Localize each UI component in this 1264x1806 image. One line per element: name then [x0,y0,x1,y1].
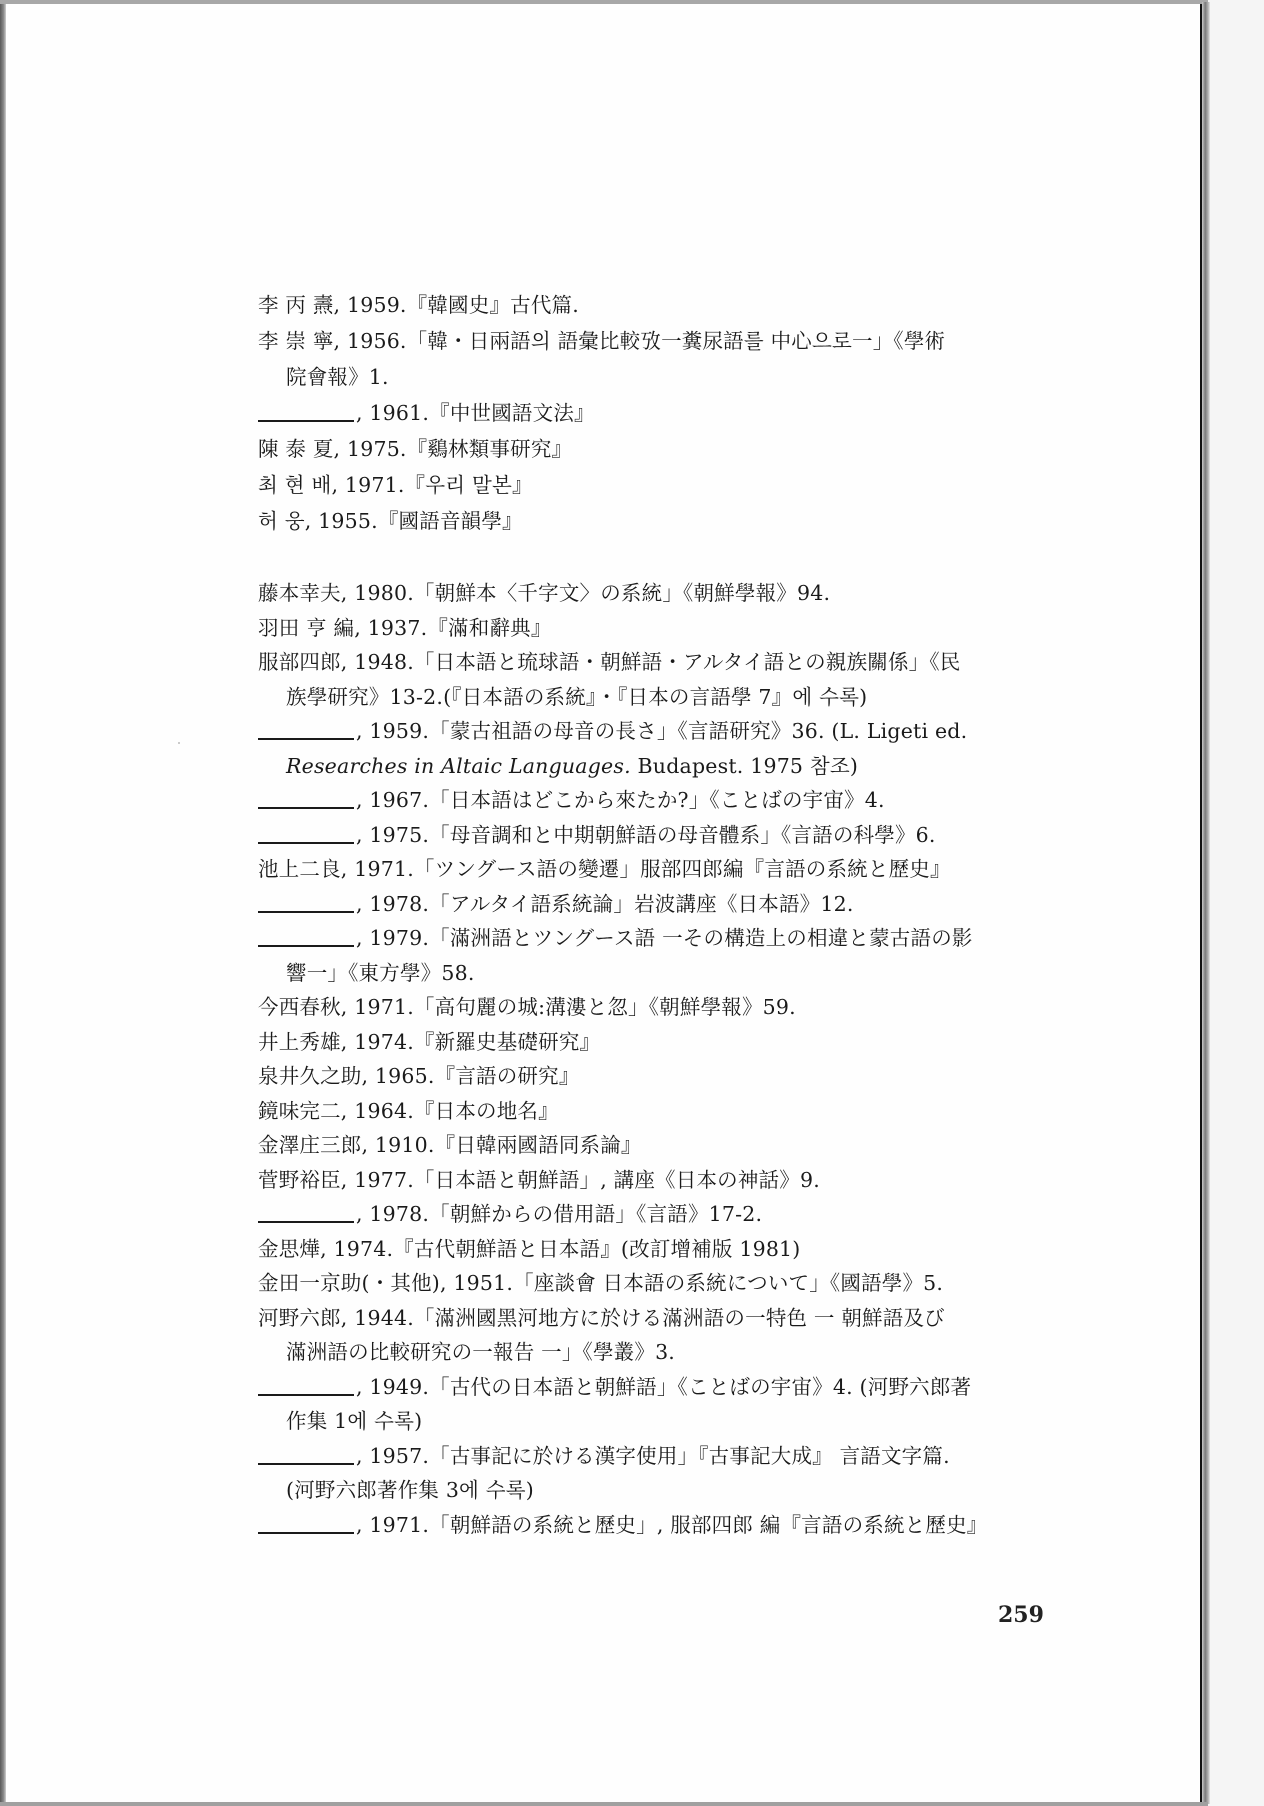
entry-text: , 1959.「蒙古祖語の母音の長さ」《言語研究》36. (L. Ligeti … [356,719,967,743]
bibliography-entry-continuation: 響一」《東方學》58. [286,959,475,987]
bibliography-entry: 藤本幸夫, 1980.「朝鮮本〈千字文〉の系統」《朝鮮學報》94. [258,579,830,607]
bibliography-entry: 허 웅, 1955.『國語音韻學』 [258,507,523,535]
entry-text: , 1967.「日本語はどこから來たか?」《ことばの宇宙》4. [356,788,885,812]
entry-text: 院會報》1. [286,365,389,389]
bibliography-entry: , 1949.「古代の日本語と朝鮮語」《ことばの宇宙》4. (河野六郎著 [258,1373,971,1401]
bibliography-entry: , 1957.「古事記に於ける漢字使用」『古事記大成』 言語文字篇. [258,1442,950,1470]
entry-text: Budapest. 1975 참조) [631,754,858,778]
bibliography-entry: 羽田 亨 編, 1937.『滿和辭典』 [258,614,552,642]
entry-text: 服部四郎, 1948.「日本語と琉球語・朝鮮語・アルタイ語との親族關係」《民 [258,650,961,674]
entry-text: 金田一京助(・其他), 1951.「座談會 日本語の系統について」《國語學》5. [258,1271,943,1295]
entry-text: 今西春秋, 1971.「高句麗の城:溝漊と忽」《朝鮮學報》59. [258,995,796,1019]
italic-title: Researches in Altaic Languages. [286,754,631,778]
bibliography-entry-continuation: Researches in Altaic Languages. Budapest… [286,752,858,780]
bibliography-entry: 鏡味完二, 1964.『日本の地名』 [258,1097,559,1125]
bibliography-entry: 李 丙 燾, 1959.『韓國史』古代篇. [258,291,579,319]
repeated-author-dash [258,420,354,422]
page-number: 259 [998,1602,1044,1628]
scan-speck [178,742,180,744]
bibliography-entry: , 1967.「日本語はどこから來たか?」《ことばの宇宙》4. [258,786,885,814]
bibliography-entry: 池上二良, 1971.「ツングース語の變遷」服部四郎編『言語の系統と歷史』 [258,855,951,883]
entry-text: , 1971.「朝鮮語の系統と歷史」, 服部四郎 編『言語の系統と歷史』 [356,1513,987,1537]
bibliography-entry: 泉井久之助, 1965.『言語の研究』 [258,1062,580,1090]
bibliography-entry: , 1961.『中世國語文法』 [258,399,595,427]
entry-text: 羽田 亨 編, 1937.『滿和辭典』 [258,616,552,640]
repeated-author-dash [258,911,354,913]
bibliography-entry: 菅野裕臣, 1977.「日本語と朝鮮語」, 講座《日本の神話》9. [258,1166,820,1194]
bibliography-entry: 今西春秋, 1971.「高句麗の城:溝漊と忽」《朝鮮學報》59. [258,993,796,1021]
entry-text: 金澤庄三郎, 1910.『日韓兩國語同系論』 [258,1133,642,1157]
entry-text: , 1957.「古事記に於ける漢字使用」『古事記大成』 言語文字篇. [356,1444,950,1468]
entry-text: 作集 1에 수록) [286,1409,422,1433]
entry-text: , 1978.「朝鮮からの借用語」《言語》17-2. [356,1202,762,1226]
entry-text: 井上秀雄, 1974.『新羅史基礎研究』 [258,1030,600,1054]
bibliography-entry-continuation: 族學研究》13-2.(『日本語の系統』・『日本の言語學 7』에 수록) [286,683,867,711]
repeated-author-dash [258,945,354,947]
bibliography-entry: , 1971.「朝鮮語の系統と歷史」, 服部四郎 編『言語の系統と歷史』 [258,1511,987,1539]
bibliography-entry: 陳 泰 夏, 1975.『鷄林類事研究』 [258,435,572,463]
entry-text: 최 현 배, 1971.『우리 말본』 [258,473,533,497]
bibliography-entry: 金田一京助(・其他), 1951.「座談會 日本語の系統について」《國語學》5. [258,1269,943,1297]
repeated-author-dash [258,1221,354,1223]
bibliography-entry-continuation: 滿洲語の比較研究の一報告 一」《學叢》3. [286,1338,675,1366]
entry-text: , 1949.「古代の日本語と朝鮮語」《ことばの宇宙》4. (河野六郎著 [356,1375,971,1399]
repeated-author-dash [258,1394,354,1396]
repeated-author-dash [258,842,354,844]
bibliography-entry: 河野六郎, 1944.「滿洲國黑河地方に於ける滿洲語の一特色 一 朝鮮語及び [258,1304,945,1332]
entry-text: 陳 泰 夏, 1975.『鷄林類事研究』 [258,437,572,461]
bibliography-entry: , 1978.「アルタイ語系統論」岩波講座《日本語》12. [258,890,854,918]
entry-text: 菅野裕臣, 1977.「日本語と朝鮮語」, 講座《日本の神話》9. [258,1168,820,1192]
bibliography-entry: 金澤庄三郎, 1910.『日韓兩國語同系論』 [258,1131,642,1159]
entry-text: 響一」《東方學》58. [286,961,475,985]
entry-text: 李 崇 寧, 1956.「韓・日兩語의 語彙比較攷一糞尿語를 中心으로一」《學術 [258,329,945,353]
bibliography-entry-continuation: 作集 1에 수록) [286,1407,422,1435]
entry-text: 滿洲語の比較研究の一報告 一」《學叢》3. [286,1340,675,1364]
entry-text: (河野六郎著作集 3에 수록) [286,1478,534,1502]
page-shadow [1202,2,1210,1804]
repeated-author-dash [258,1532,354,1534]
scan-speck [521,873,523,875]
bibliography-entry: , 1979.「滿洲語とツングース語 一その構造上の相違と蒙古語の影 [258,924,973,952]
entry-text: 李 丙 燾, 1959.『韓國史』古代篇. [258,293,579,317]
entry-text: 金思燁, 1974.『古代朝鮮語と日本語』(改訂增補版 1981) [258,1237,801,1261]
bibliography-entry-continuation: (河野六郎著作集 3에 수록) [286,1476,534,1504]
bibliography-entry: 최 현 배, 1971.『우리 말본』 [258,471,533,499]
bibliography-entry: 李 崇 寧, 1956.「韓・日兩語의 語彙比較攷一糞尿語를 中心으로一」《學術 [258,327,945,355]
repeated-author-dash [258,807,354,809]
entry-text: , 1979.「滿洲語とツングース語 一その構造上の相違と蒙古語の影 [356,926,973,950]
entry-text: , 1975.「母音調和と中期朝鮮語の母音體系」《言語の科學》6. [356,823,936,847]
bibliography-entry: 井上秀雄, 1974.『新羅史基礎研究』 [258,1028,600,1056]
bibliography-entry: , 1978.「朝鮮からの借用語」《言語》17-2. [258,1200,762,1228]
repeated-author-dash [258,1463,354,1465]
entry-text: 族學研究》13-2.(『日本語の系統』・『日本の言語學 7』에 수록) [286,685,867,709]
entry-text: , 1978.「アルタイ語系統論」岩波講座《日本語》12. [356,892,854,916]
bibliography-entry: , 1975.「母音調和と中期朝鮮語の母音體系」《言語の科學》6. [258,821,936,849]
repeated-author-dash [258,738,354,740]
entry-text: 泉井久之助, 1965.『言語の研究』 [258,1064,580,1088]
document-page: 李 丙 燾, 1959.『韓國史』古代篇.李 崇 寧, 1956.「韓・日兩語의… [6,4,1200,1802]
entry-text: 허 웅, 1955.『國語音韻學』 [258,509,523,533]
bibliography-entry: , 1959.「蒙古祖語の母音の長さ」《言語研究》36. (L. Ligeti … [258,717,967,745]
bibliography-entry: 服部四郎, 1948.「日本語と琉球語・朝鮮語・アルタイ語との親族關係」《民 [258,648,961,676]
viewer-frame-bottom [0,1802,1208,1806]
bibliography-entry: 金思燁, 1974.『古代朝鮮語と日本語』(改訂增補版 1981) [258,1235,801,1263]
entry-text: , 1961.『中世國語文法』 [356,401,595,425]
entry-text: 鏡味完二, 1964.『日本の地名』 [258,1099,559,1123]
entry-text: 河野六郎, 1944.「滿洲國黑河地方に於ける滿洲語の一特色 一 朝鮮語及び [258,1306,945,1330]
entry-text: 藤本幸夫, 1980.「朝鮮本〈千字文〉の系統」《朝鮮學報》94. [258,581,830,605]
entry-text: 池上二良, 1971.「ツングース語の變遷」服部四郎編『言語の系統と歷史』 [258,857,951,881]
bibliography-entry-continuation: 院會報》1. [286,363,389,391]
